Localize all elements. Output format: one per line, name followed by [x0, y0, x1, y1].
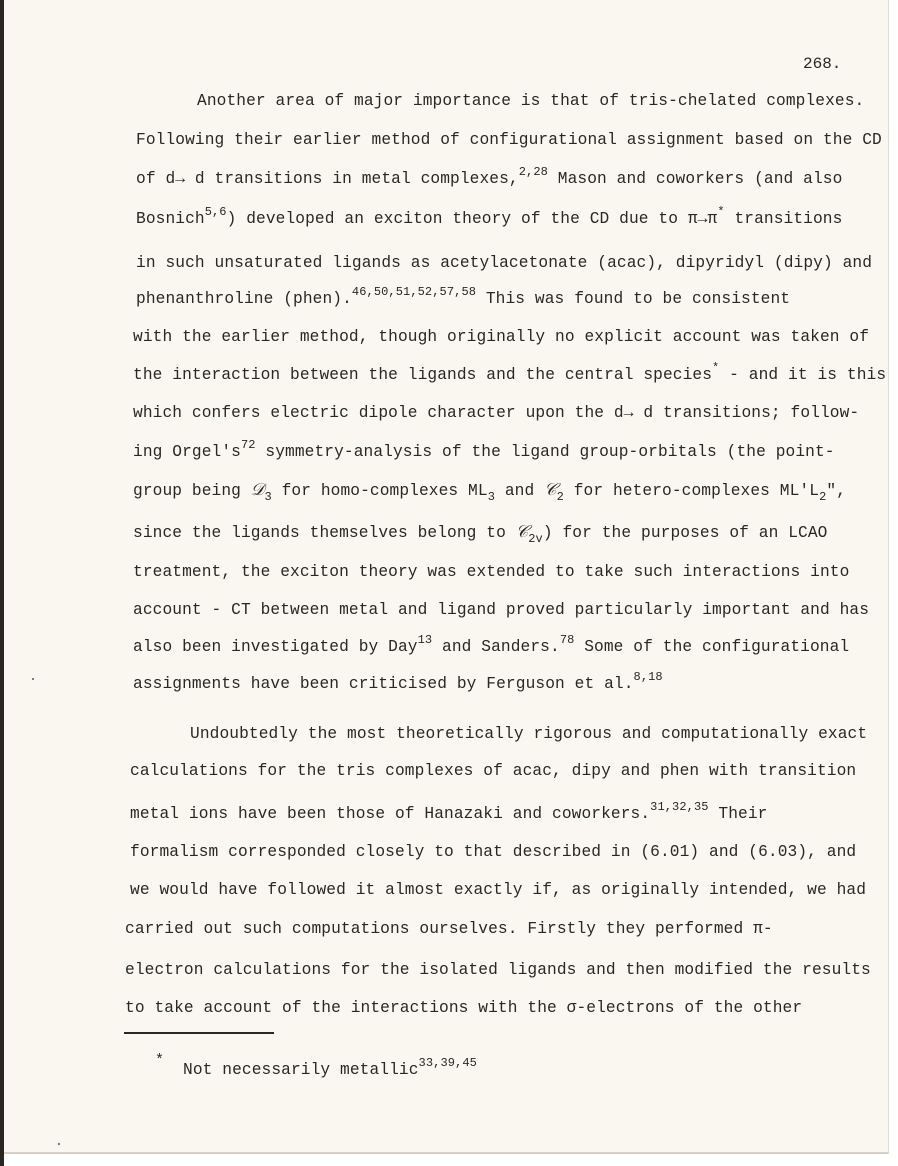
text-line: formalism corresponded closely to that d…: [130, 843, 856, 861]
text-line: which confers electric dipole character …: [133, 404, 859, 422]
text-line: Bosnich5,6) developed an exciton theory …: [136, 210, 842, 228]
point-group-symbol: 𝒞: [544, 480, 557, 500]
text-line: also been investigated by Day13 and Sand…: [133, 638, 849, 656]
footnote-marker: *: [155, 1052, 164, 1069]
footnote-separator: [124, 1032, 274, 1034]
scan-edge: [0, 0, 4, 1166]
text-line: calculations for the tris complexes of a…: [130, 762, 856, 780]
text-line: Undoubtedly the most theoretically rigor…: [190, 725, 867, 743]
scan-speck: [32, 678, 34, 680]
scan-speck: [58, 1143, 60, 1145]
citation: 33,39,45: [419, 1056, 477, 1070]
citation: 5,6: [205, 205, 227, 219]
citation: 13: [418, 633, 433, 647]
footnote-text: Not necessarily metallic33,39,45: [183, 1061, 477, 1079]
text-line: with the earlier method, though original…: [133, 328, 869, 346]
text-line: the interaction between the ligands and …: [133, 366, 886, 384]
text-line: carried out such computations ourselves.…: [125, 920, 773, 938]
text-line: account - CT between metal and ligand pr…: [133, 601, 869, 619]
page-number: 268.: [803, 55, 841, 73]
citation: 31,32,35: [650, 800, 708, 814]
point-group-symbol: 𝒟: [251, 480, 265, 500]
text-line: group being 𝒟3 for homo-complexes ML3 an…: [133, 480, 846, 500]
text-line: treatment, the exciton theory was extend…: [133, 563, 849, 581]
text-line: of d→ d transitions in metal complexes,2…: [136, 170, 842, 188]
citation: 2,28: [519, 165, 548, 179]
text-line: assignments have been criticised by Ferg…: [133, 675, 663, 693]
text-line: to take account of the interactions with…: [125, 999, 802, 1017]
text-line: we would have followed it almost exactly…: [130, 881, 866, 899]
text-line: metal ions have been those of Hanazaki a…: [130, 805, 767, 823]
citation: 78: [560, 633, 575, 647]
citation: 46,50,51,52,57,58: [352, 285, 476, 299]
citation: 8,18: [634, 670, 663, 684]
text-line: in such unsaturated ligands as acetylace…: [136, 254, 872, 272]
text-line: ing Orgel's72 symmetry-analysis of the l…: [133, 443, 835, 461]
text-line: Another area of major importance is that…: [197, 92, 864, 110]
text-line: Following their earlier method of config…: [136, 131, 882, 149]
citation: 72: [241, 438, 256, 452]
text-line: electron calculations for the isolated l…: [125, 961, 871, 979]
point-group-symbol: 𝒞: [516, 522, 529, 542]
text-line: since the ligands themselves belong to 𝒞…: [133, 522, 827, 542]
text-line: phenanthroline (phen).46,50,51,52,57,58 …: [136, 290, 790, 308]
